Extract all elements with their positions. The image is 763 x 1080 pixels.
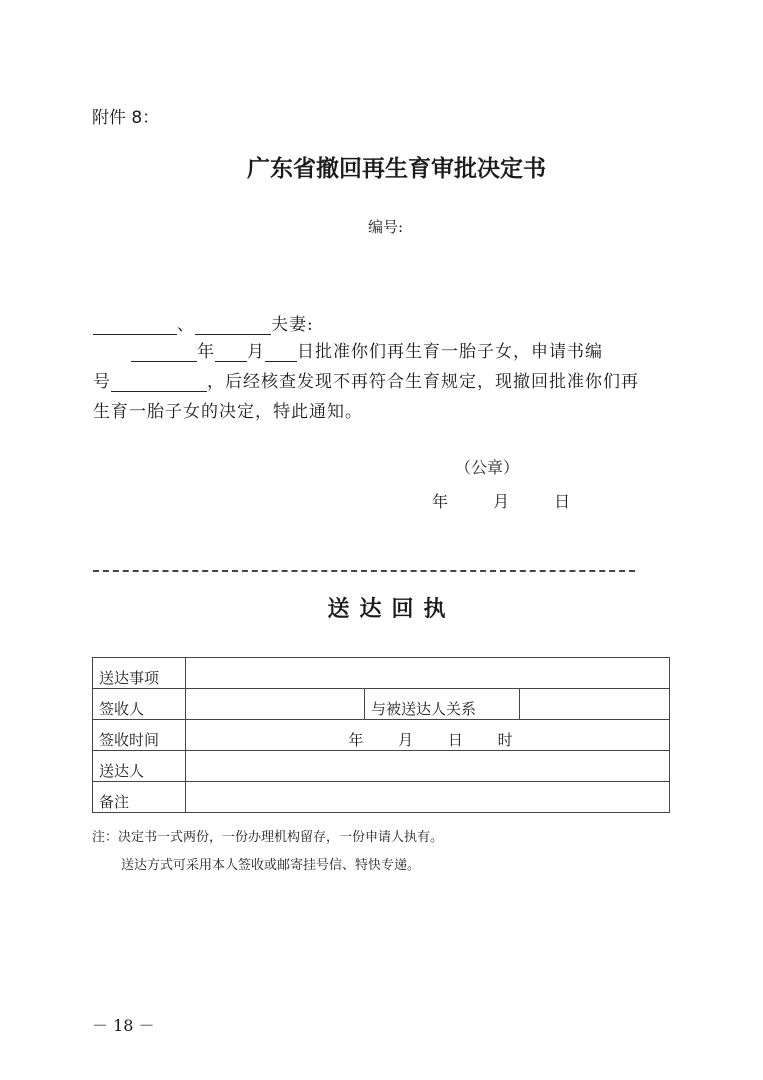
attachment-label: 附件 8： — [92, 103, 159, 128]
remarks-field[interactable] — [186, 782, 670, 813]
page-number: － 18 － — [92, 1013, 155, 1036]
table-row: 送达事项 — [93, 658, 670, 689]
application-number-blank[interactable] — [111, 375, 207, 392]
recipient-field[interactable] — [186, 689, 365, 720]
receipt-table: 送达事项 签收人 与被送达人关系 签收时间 年 月 日 时 送达人 备注 — [92, 657, 670, 813]
row-label: 签收时间 — [93, 720, 186, 751]
husband-name-blank[interactable] — [93, 318, 177, 335]
body-line-2: 年月日批准你们再生育一胎子女，申请书编 — [93, 337, 603, 362]
cut-line-divider — [93, 570, 635, 572]
delivery-item-field[interactable] — [186, 658, 670, 689]
document-title: 广东省撤回再生育审批决定书 — [0, 150, 763, 183]
official-seal-label: （公章） — [455, 455, 519, 478]
body-line-1: 、夫妻: — [93, 310, 314, 335]
deliverer-field[interactable] — [186, 751, 670, 782]
body-line-3: 号，后经核查发现不再符合生育规定，现撤回批准你们再 — [93, 367, 639, 392]
relation-field[interactable] — [520, 689, 670, 720]
note-line-1: 注：决定书一式两份，一份办理机构留存，一份申请人执有。 — [92, 826, 443, 845]
body-line-4: 生育一胎子女的决定，特此通知。 — [93, 397, 363, 422]
day-blank[interactable] — [265, 345, 297, 362]
doc-number-label: 编号: — [368, 216, 403, 237]
seal-date: 年 月 日 — [432, 489, 570, 512]
note-line-2: 送达方式可采用本人签收或邮寄挂号信、特快专递。 — [121, 854, 420, 873]
table-row: 送达人 — [93, 751, 670, 782]
row-label: 备注 — [93, 782, 186, 813]
receipt-title: 送达回执 — [0, 592, 763, 623]
wife-name-blank[interactable] — [195, 318, 271, 335]
row-label: 送达人 — [93, 751, 186, 782]
relation-label: 与被送达人关系 — [365, 689, 520, 720]
month-blank[interactable] — [215, 345, 247, 362]
row-label: 签收人 — [93, 689, 186, 720]
year-blank[interactable] — [131, 345, 197, 362]
sign-time-field[interactable]: 年 月 日 时 — [186, 720, 670, 751]
row-label: 送达事项 — [93, 658, 186, 689]
table-row: 备注 — [93, 782, 670, 813]
table-row: 签收人 与被送达人关系 — [93, 689, 670, 720]
table-row: 签收时间 年 月 日 时 — [93, 720, 670, 751]
